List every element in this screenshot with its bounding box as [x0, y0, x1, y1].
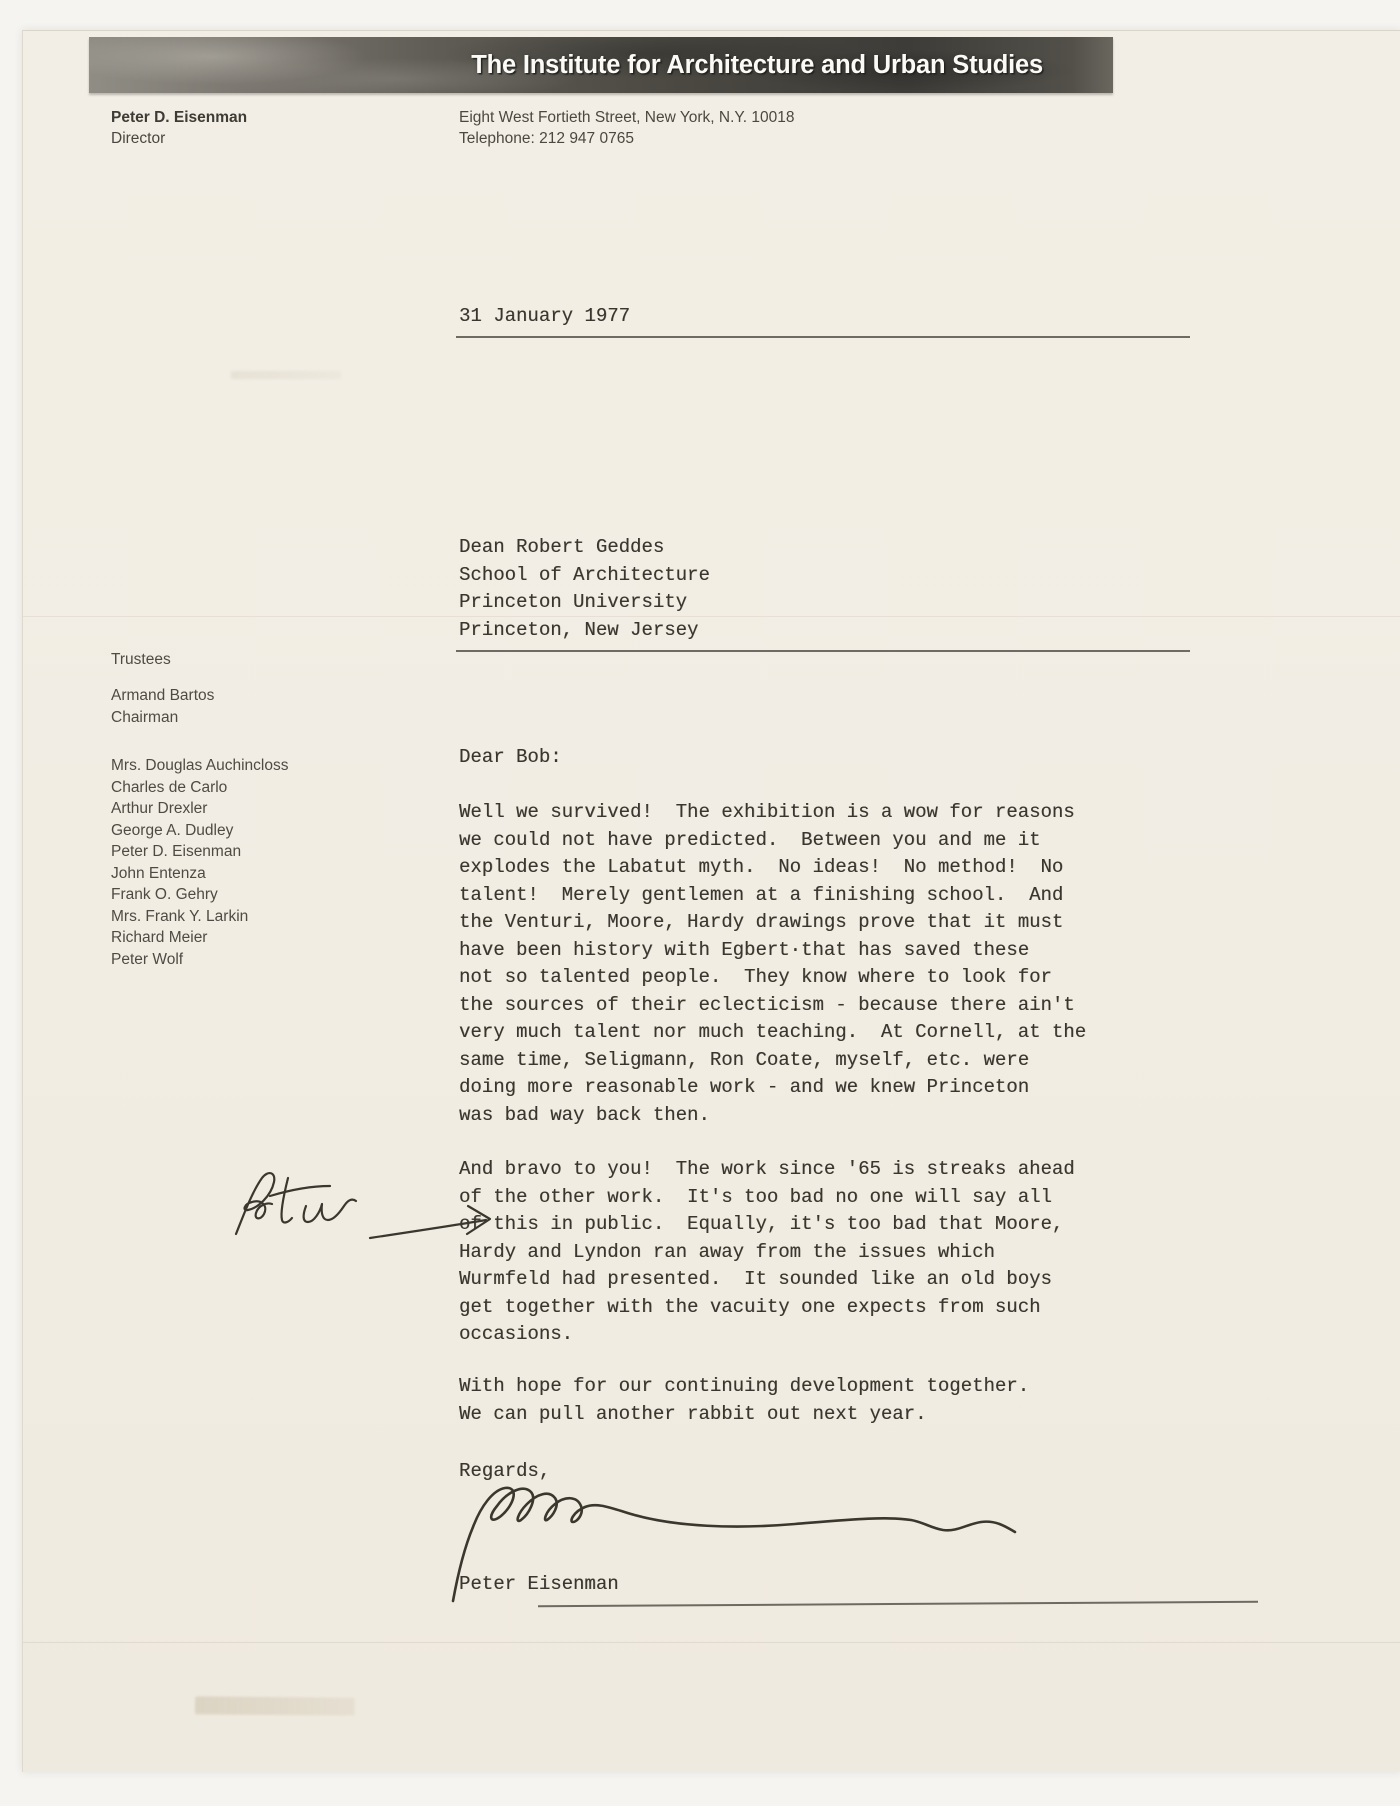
- institute-address: Eight West Fortieth Street, New York, N.…: [459, 107, 794, 149]
- director-title: Director: [111, 128, 247, 149]
- address-street: Eight West Fortieth Street, New York, N.…: [459, 107, 794, 128]
- handwritten-note-and-arrow: [218, 1166, 518, 1261]
- typed-signature-name: Peter Eisenman: [459, 1571, 619, 1599]
- letterhead-banner: The Institute for Architecture and Urban…: [89, 37, 1113, 93]
- rule-under-recipient: [456, 650, 1190, 652]
- faint-stamp-smudge: [195, 1696, 355, 1715]
- letter-paper: The Institute for Architecture and Urban…: [22, 30, 1400, 1772]
- body-paragraph-2: And bravo to you! The work since '65 is …: [459, 1156, 1075, 1349]
- salutation: Dear Bob:: [459, 744, 562, 772]
- scan-crease-line: [23, 616, 1400, 617]
- rule-under-date: [456, 336, 1190, 338]
- trustees-list: Mrs. Douglas Auchincloss Charles de Carl…: [111, 755, 288, 970]
- chairman-name: Armand Bartos: [111, 687, 214, 704]
- chairman-block: Armand BartosChairman: [111, 685, 214, 728]
- arrow-head: [467, 1206, 490, 1234]
- scan-crease-line: [23, 1642, 1400, 1643]
- body-paragraph-1: Well we survived! The exhibition is a wo…: [459, 799, 1086, 1129]
- institute-name: The Institute for Architecture and Urban…: [471, 51, 1113, 80]
- director-block: Peter D. Eisenman Director: [111, 107, 247, 149]
- letter-date: 31 January 1977: [459, 303, 630, 331]
- address-telephone: Telephone: 212 947 0765: [459, 128, 794, 149]
- faint-smudge: [231, 371, 341, 379]
- trustees-heading: Trustees: [111, 649, 171, 671]
- scanned-letter-page: The Institute for Architecture and Urban…: [0, 0, 1400, 1806]
- chairman-title: Chairman: [111, 709, 178, 726]
- arrow-shaft: [370, 1220, 486, 1238]
- body-paragraph-3: With hope for our continuing development…: [459, 1373, 1029, 1428]
- recipient-address: Dean Robert Geddes School of Architectur…: [459, 534, 710, 644]
- director-name: Peter D. Eisenman: [111, 107, 247, 128]
